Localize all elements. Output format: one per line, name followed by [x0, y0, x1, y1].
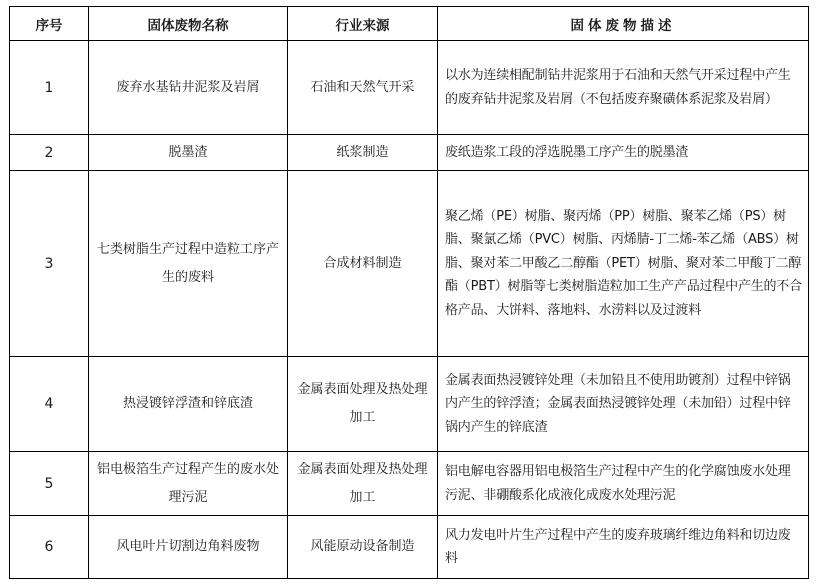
table-row: 5 铝电极箔生产过程产生的废水处理污泥 金属表面处理及热处理加工 铝电解电容器用…: [10, 452, 809, 516]
row-name: 热浸镀锌浮渣和锌底渣: [89, 357, 288, 452]
header-name: 固体废物名称: [89, 7, 288, 41]
row-no: 2: [10, 135, 89, 171]
row-description: 聚乙烯（PE）树脂、聚丙烯（PP）树脂、聚苯乙烯（PS）树脂、聚氯乙烯（PVC）…: [438, 171, 809, 357]
row-no: 5: [10, 452, 89, 516]
row-name: 七类树脂生产过程中造粒工序产生的废料: [89, 171, 288, 357]
row-name: 铝电极箔生产过程产生的废水处理污泥: [89, 452, 288, 516]
row-source: 石油和天然气开采: [288, 41, 438, 135]
row-no: 4: [10, 357, 89, 452]
table-row: 4 热浸镀锌浮渣和锌底渣 金属表面处理及热处理加工 金属表面热浸镀锌处理（未加铅…: [10, 357, 809, 452]
table-row: 1 废弃水基钻井泥浆及岩屑 石油和天然气开采 以水为连续相配制钻井泥浆用于石油和…: [10, 41, 809, 135]
header-source: 行业来源: [288, 7, 438, 41]
row-source: 纸浆制造: [288, 135, 438, 171]
header-no: 序号: [10, 7, 89, 41]
row-no: 3: [10, 171, 89, 357]
table-row: 3 七类树脂生产过程中造粒工序产生的废料 合成材料制造 聚乙烯（PE）树脂、聚丙…: [10, 171, 809, 357]
row-name: 废弃水基钻井泥浆及岩屑: [89, 41, 288, 135]
row-source: 风能原动设备制造: [288, 516, 438, 579]
table-row: 2 脱墨渣 纸浆制造 废纸造浆工段的浮选脱墨工序产生的脱墨渣: [10, 135, 809, 171]
row-description: 铝电解电容器用铝电极箔生产过程中产生的化学腐蚀废水处理污泥、非硼酸系化成液化成废…: [438, 452, 809, 516]
row-source: 合成材料制造: [288, 171, 438, 357]
row-no: 1: [10, 41, 89, 135]
row-description: 废纸造浆工段的浮选脱墨工序产生的脱墨渣: [438, 135, 809, 171]
row-name: 脱墨渣: [89, 135, 288, 171]
row-description: 金属表面热浸镀锌处理（未加铅且不使用助镀剂）过程中锌锅内产生的锌浮渣；金属表面热…: [438, 357, 809, 452]
table-row: 6 风电叶片切割边角料废物 风能原动设备制造 风力发电叶片生产过程中产生的废弃玻…: [10, 516, 809, 579]
row-no: 6: [10, 516, 89, 579]
row-name: 风电叶片切割边角料废物: [89, 516, 288, 579]
row-description: 以水为连续相配制钻井泥浆用于石油和天然气开采过程中产生的废弃钻井泥浆及岩屑（不包…: [438, 41, 809, 135]
row-source: 金属表面处理及热处理加工: [288, 357, 438, 452]
header-description: 固体废物描述: [438, 7, 809, 41]
row-description: 风力发电叶片生产过程中产生的废弃玻璃纤维边角料和切边废料: [438, 516, 809, 579]
solid-waste-table: 序号 固体废物名称 行业来源 固体废物描述 1 废弃水基钻井泥浆及岩屑 石油和天…: [9, 6, 809, 579]
header-row: 序号 固体废物名称 行业来源 固体废物描述: [10, 7, 809, 41]
row-source: 金属表面处理及热处理加工: [288, 452, 438, 516]
